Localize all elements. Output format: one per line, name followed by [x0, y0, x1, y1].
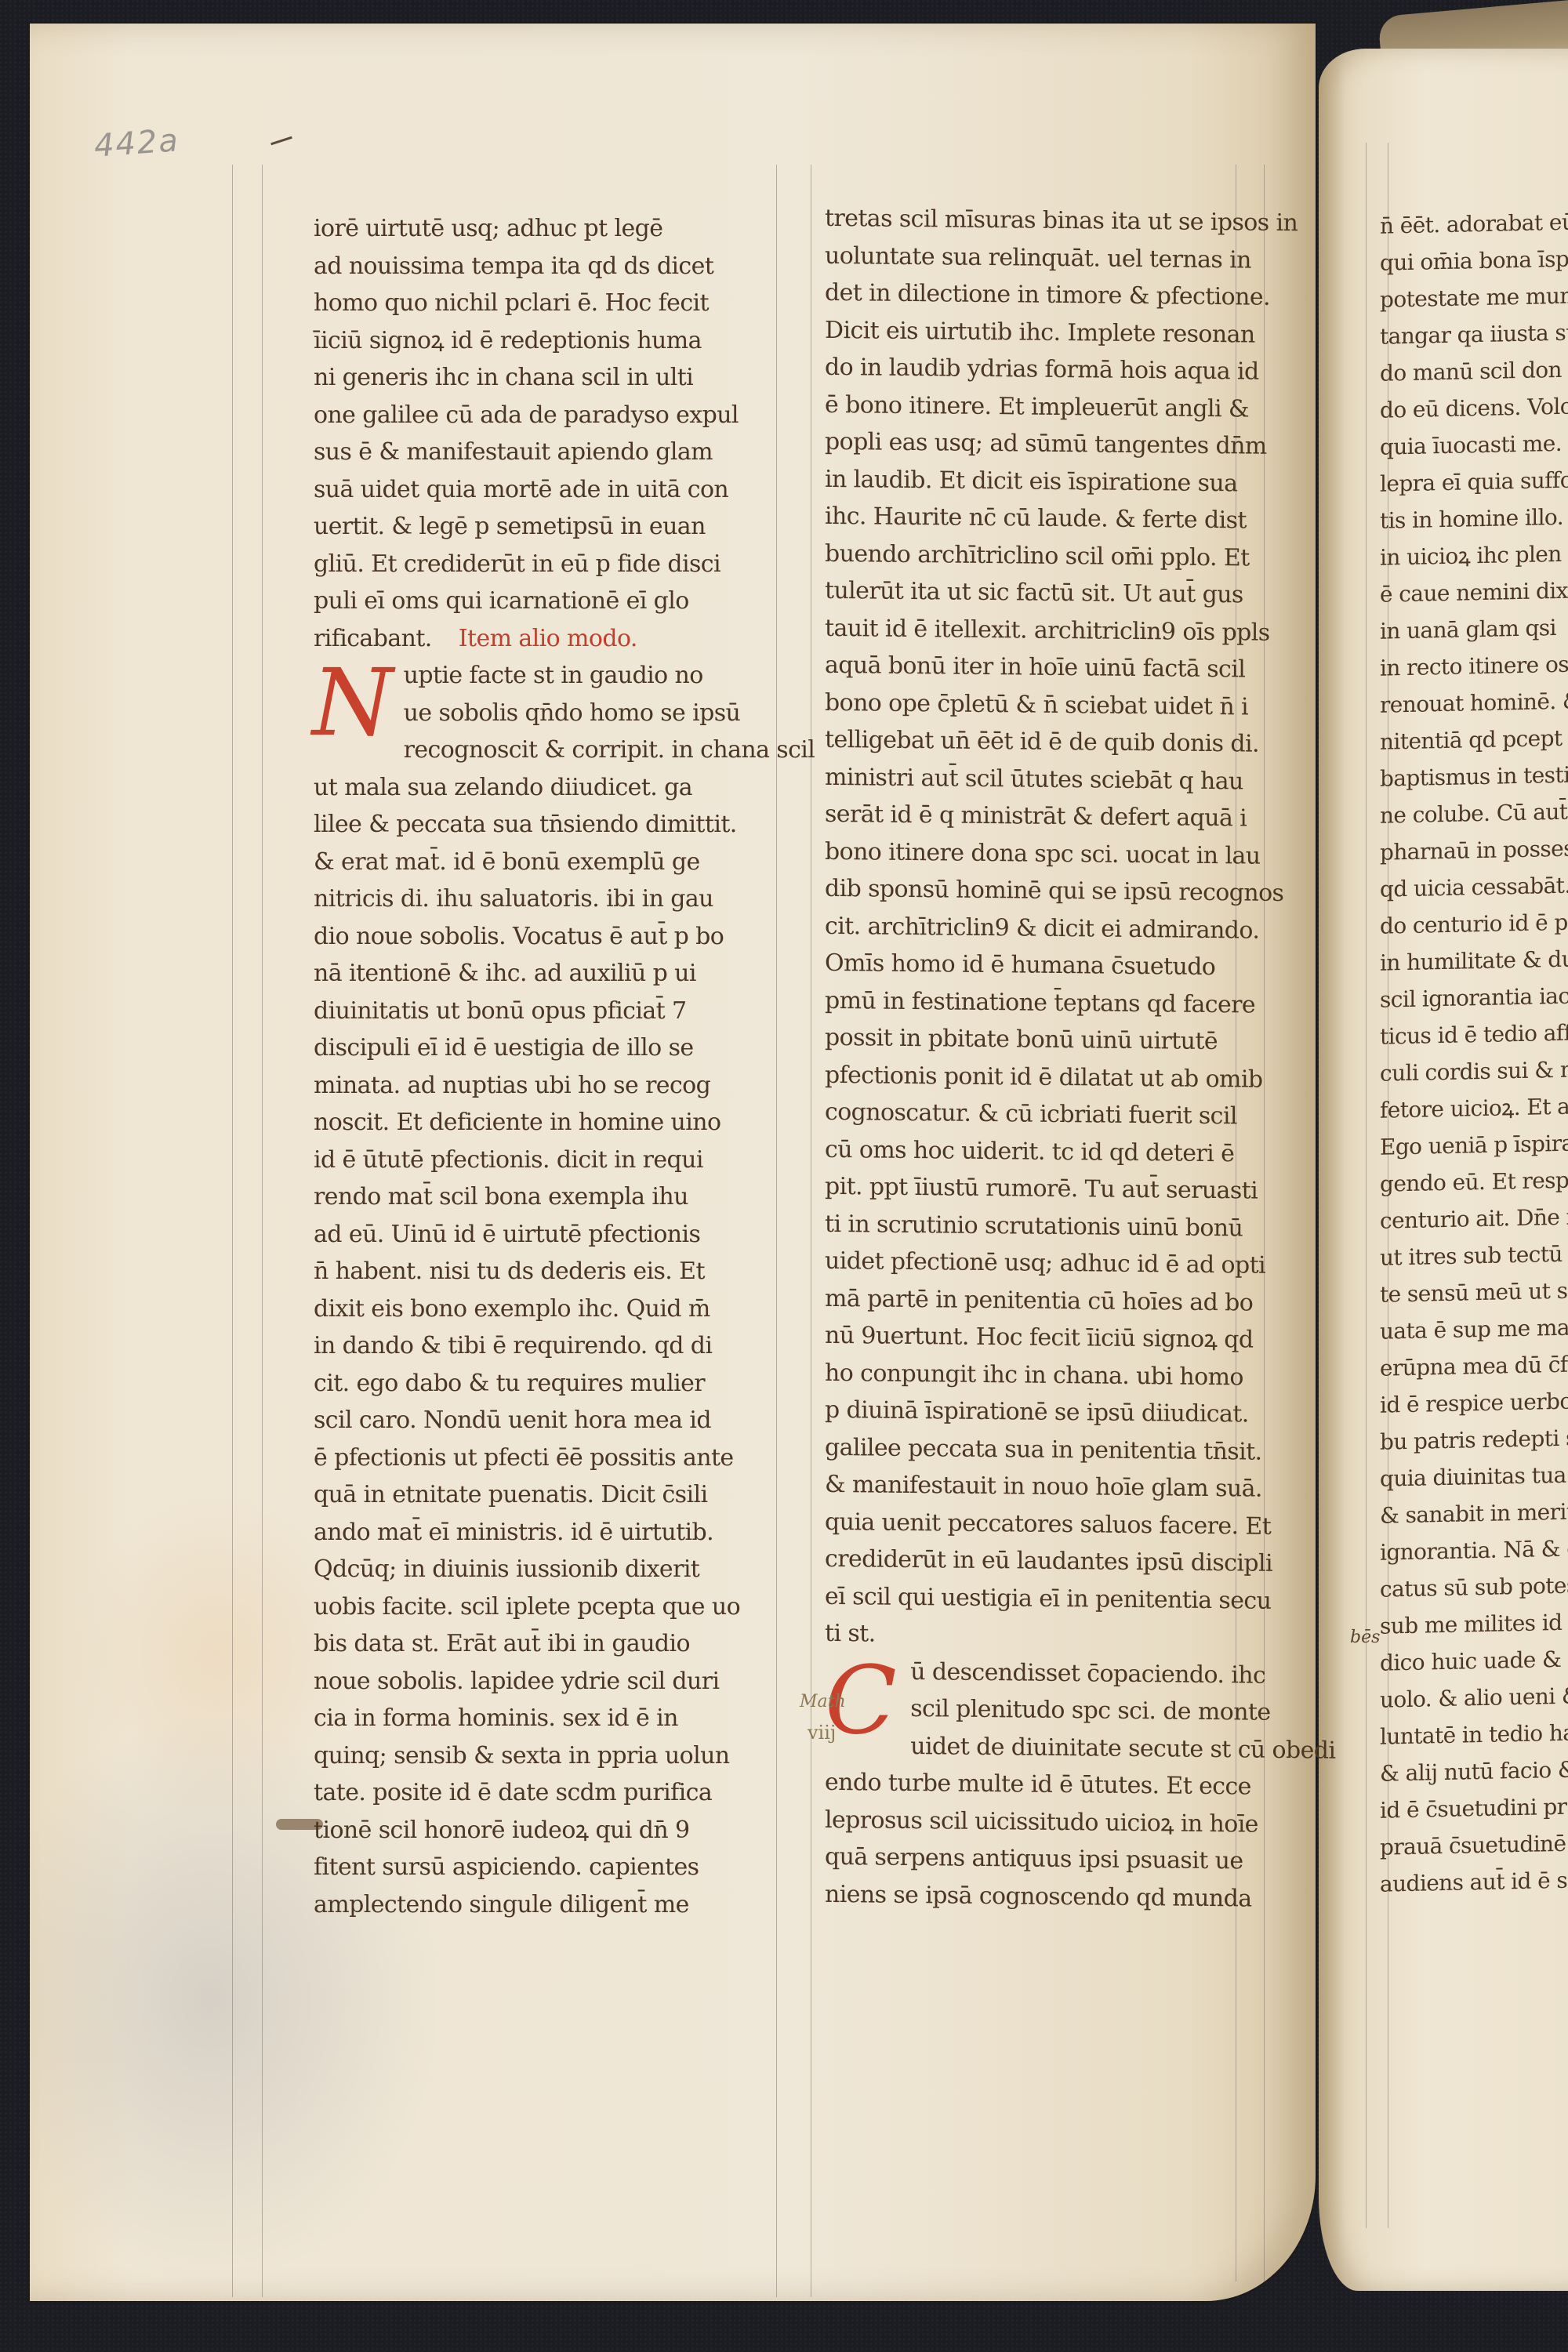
text-line: quā serpens antiquus ipsi psuasit ue [825, 1838, 1295, 1881]
text-line: potestate me mun [1380, 277, 1568, 318]
text-line: ni generis ihc in chana scil in ulti [314, 359, 800, 397]
text-line: in humilitate & du [1380, 940, 1568, 981]
text-line: pmū in festinatione t̄eptans qd facere [825, 982, 1295, 1024]
text-line: telligebat un̄ ēēt id ē de quib donis di… [825, 721, 1295, 764]
text-line: fitent sursū aspiciendo. capientes [314, 1849, 800, 1886]
text-line: uertit. & legē p semetipsū in euan [314, 508, 800, 546]
text-line: luntatē in tedio hab [1380, 1714, 1568, 1755]
text-line: culi cordis sui & ma [1380, 1051, 1568, 1091]
text-line: erūpna mea dū c̄fic [1380, 1345, 1568, 1386]
text-line: id ē c̄suetudini prau [1380, 1788, 1568, 1828]
text-line: cit. ego dabo & tu requires mulier [314, 1365, 800, 1403]
text-line: n̄ habent. nisi tu ds dederis eis. Et [314, 1253, 800, 1290]
text-line: in uanā glam qsi [1380, 608, 1568, 649]
marginal-numeral: viij [808, 1722, 836, 1744]
text-line: uoluntate sua relinquāt. uel ternas in [825, 237, 1295, 279]
text-line: in laudib. Et dicit eis īspiratione sua [825, 460, 1295, 503]
text-line: Qdcūq; in diuinis iussionib dixerit [314, 1551, 800, 1588]
facing-page-column: n̄ ēēt. adorabat eū qui om̄ia bona īsp p… [1380, 203, 1568, 1902]
text-line: qd uicia cessabāt. & [1380, 866, 1568, 907]
text-line: one galilee cū ada de paradyso expul [314, 397, 800, 434]
text-line: quinq; sensib & sexta in ppria uolun [314, 1737, 800, 1775]
text-line: pharnaū in possess [1380, 829, 1568, 870]
text-line: discipuli eī id ē uestigia de illo se [314, 1029, 800, 1067]
text-line: baptismus in testim [1380, 756, 1568, 797]
text-line: ut itres sub tectū m [1380, 1235, 1568, 1276]
text-line: tis in homine illo. C [1380, 498, 1568, 539]
text-line: cognoscatur. & cū icbriati fuerit scil [825, 1094, 1295, 1136]
text-line: cit. archītriclin9 & dicit ei admirando. [825, 907, 1295, 949]
text-line: bono itinere dona spc sci. uocat in lau [825, 833, 1295, 875]
text-line: nā itentionē & ihc. ad auxiliū p ui [314, 955, 800, 993]
initial-paragraph: C ū descendisset c̄opaciendo. ihc scil p… [825, 1652, 1295, 1731]
decorated-initial-n: N [312, 663, 393, 742]
text-line: ando mat̄ eī ministris. id ē uirtutib. [314, 1514, 800, 1552]
text-column-right: tretas scil mīsuras binas ita ut se ipso… [825, 200, 1295, 1918]
text-line: lepra eī quia suffoc [1380, 461, 1568, 502]
text-line: galilee peccata sua in penitentia tn̄sit… [825, 1428, 1295, 1471]
text-line: minata. ad nuptias ubi ho se recog [314, 1067, 800, 1105]
text-line: ad nouissima tempa ita qd ds dicet [314, 248, 800, 285]
text-line: tretas scil mīsuras binas ita ut se ipso… [825, 200, 1295, 242]
text-line: homo quo nichil pclari ē. Hoc fecit [314, 285, 800, 322]
ruling-line [1366, 143, 1367, 2228]
text-line: do eū dicens. Volo [1380, 387, 1568, 428]
text-column-left: iorē uirtutē usq; adhuc pt legē ad nouis… [314, 210, 800, 1923]
text-line: popli eas usq; ad sūmū tangentes dn̄m [825, 423, 1295, 466]
text-line: leprosus scil uicissitudo uicioꝝ in hoīe [825, 1801, 1295, 1843]
rubric-heading: Item alio modo. [459, 625, 637, 652]
text-line: pit. ppt īiustū rumorē. Tu aut̄ seruasti [825, 1168, 1295, 1210]
text-line: tangar qa iiusta sū. [1380, 314, 1568, 354]
text-line: gendo eū. Et respo [1380, 1161, 1568, 1202]
text-line: ē caue nemini dix [1380, 572, 1568, 612]
text-line: scil caro. Nondū uenit hora mea id [314, 1402, 800, 1439]
text-line-with-rubric: rificabant.Item alio modo. [314, 620, 800, 658]
text-line: puli eī oms qui icarnationē eī glo [314, 583, 800, 620]
text-line: fetore uicioꝝ. Et a [1380, 1087, 1568, 1128]
text-line: tulerūt ita ut sic factū sit. Ut aut̄ gu… [825, 572, 1295, 615]
text-line: rendo mat̄ scil bona exempla ihu [314, 1178, 800, 1216]
text-line: p diuinā īspirationē se ipsū diiudicat. [825, 1392, 1295, 1434]
text-line: in recto itinere ost [1380, 645, 1568, 686]
text-line: do centurio id ē pe [1380, 903, 1568, 944]
text-line: niens se ipsā cognoscendo qd munda [825, 1875, 1295, 1918]
ruling-line [262, 165, 263, 2297]
text-line: ho conpungit ihc in chana. ubi homo [825, 1354, 1295, 1396]
ruling-line [811, 165, 811, 2297]
text-line: uidet pfectionē usq; adhuc id ē ad opti [825, 1243, 1295, 1285]
text-line: catus sū sub potestat [1380, 1566, 1568, 1607]
text-line: quia uenit peccatores saluos facere. Et [825, 1503, 1295, 1545]
text-line: uolo. & alio ueni & u [1380, 1677, 1568, 1718]
text-line: ē pfectionis ut pfecti ēē possitis ante [314, 1439, 800, 1477]
text-line: audiens aut̄ id ē scie [1380, 1861, 1568, 1902]
text-line: dib sponsū hominē qui se ipsū recognos [825, 870, 1295, 913]
text-line: quā in etnitate puenatis. Dicit c̄sili [314, 1476, 800, 1514]
text-line: ad eū. Uinū id ē uirtutē pfectionis [314, 1216, 800, 1254]
text-line: sub me milites id ē [1380, 1603, 1568, 1644]
text-line: bis data st. Erāt aut̄ ibi in gaudio [314, 1625, 800, 1663]
text-line: do in laudib ydrias formā hois aqua id [825, 349, 1295, 391]
text-fragment: rificabant. [314, 625, 432, 652]
text-line: mā partē in penitentia cū hoīes ad bo [825, 1279, 1295, 1322]
text-line: noue sobolis. lapidee ydrie scil duri [314, 1663, 800, 1700]
text-line: pfectionis ponit id ē dilatat ut ab omib [825, 1056, 1295, 1098]
text-line: & sanabit in merit [1380, 1493, 1568, 1534]
text-line: uobis facite. scil iplete pcepta que uo [314, 1588, 800, 1626]
text-line: ti in scrutinio scrutationis uinū bonū [825, 1205, 1295, 1247]
text-line: prauā c̄suetudinē tr [1380, 1824, 1568, 1865]
text-line: & manifestauit in nouo hoīe glam suā. [825, 1466, 1295, 1508]
text-line: iorē uirtutē usq; adhuc pt legē [314, 210, 800, 248]
marginal-note: Math [800, 1692, 846, 1711]
text-line: ministri aut̄ scil ūtutes sciebāt q hau [825, 758, 1295, 800]
text-line: tauit id ē itellexit. architriclin9 oīs … [825, 609, 1295, 652]
text-line: do manū scil don [1380, 350, 1568, 391]
text-line: centurio ait. Dn̄e n̄ [1380, 1198, 1568, 1239]
text-line: quia diuinitas tua [1380, 1456, 1568, 1497]
text-line: dico huic uade & ua [1380, 1640, 1568, 1681]
text-line: diuinitatis ut bonū opus pficiat̄ 7 [314, 993, 800, 1030]
text-line: id ē ūtutē pfectionis. dicit in requi [314, 1142, 800, 1179]
text-line: n̄ ēēt. adorabat eū [1380, 203, 1568, 244]
text-line: ticus id ē tedio affe [1380, 1014, 1568, 1054]
text-line: bono ope c̄pletū & n̄ sciebat uidet n̄ i [825, 684, 1295, 726]
text-line: amplectendo singule diligent̄ me [314, 1886, 800, 1924]
text-line: ne colube. Cū aut̄ i [1380, 793, 1568, 833]
text-line: tionē scil honorē iudeoꝝ qui dn̄ 9 [314, 1812, 800, 1849]
text-line: Omīs homo id ē humana c̄suetudo [825, 945, 1295, 987]
text-line: ihc. Haurite nc̄ cū laude. & ferte dist [825, 498, 1295, 540]
facing-marginal-note: bēs [1350, 1628, 1380, 1647]
text-line: renouat hominē. & [1380, 682, 1568, 723]
text-line: ē bono itinere. Et impleuerūt angli & [825, 386, 1295, 428]
text-line: possit in pbitate bonū uinū uirtutē [825, 1019, 1295, 1062]
text-line: īiciū signoꝝ id ē redeptionis huma [314, 322, 800, 360]
text-line: qui om̄ia bona īsp [1380, 240, 1568, 281]
text-line: in uicioꝝ ihc plen [1380, 535, 1568, 575]
text-line: & alij nutū facio & [1380, 1751, 1568, 1791]
text-line: ut mala sua zelando diiudicet. ga [314, 769, 800, 807]
text-line: nū 9uertunt. Hoc fecit īiciū signoꝝ qd [825, 1317, 1295, 1359]
text-line: dio noue sobolis. Vocatus ē aut̄ p bo [314, 918, 800, 956]
text-line: cia in forma hominis. sex id ē in [314, 1700, 800, 1737]
text-line: dixit eis bono exemplo ihc. Quid m̄ [314, 1290, 800, 1328]
folio-number: 442a [93, 122, 181, 164]
text-line: nitricis di. ihu saluatoris. ibi in gau [314, 880, 800, 918]
text-line: Dicit eis uirtutib ihc. Implete resonan [825, 311, 1295, 354]
initial-paragraph: N uptie facte st in gaudio no ue sobolis… [314, 657, 800, 731]
text-line: buendo archītriclino scil om̄i pplo. Et [825, 535, 1295, 577]
text-line: aquā bonū iter in hoīe uinū factā scil [825, 647, 1295, 689]
text-line: gliū. Et crediderūt in eū p fide disci [314, 546, 800, 583]
text-line: te sensū meū ut scp [1380, 1272, 1568, 1312]
text-line: cū oms hoc uiderit. tc id qd deteri ē [825, 1131, 1295, 1173]
text-line: crediderūt in eū laudantes ipsū discipli [825, 1541, 1295, 1583]
text-line: noscit. Et deficiente in homine uino [314, 1104, 800, 1142]
text-line: uata ē sup me man [1380, 1308, 1568, 1349]
text-line: nitentiā qd pcept [1380, 719, 1568, 760]
text-line: scil ignorantia iac [1380, 977, 1568, 1018]
text-line: & erat mat̄. id ē bonū exemplū ge [314, 844, 800, 881]
text-line: bu patris redepti st [1380, 1419, 1568, 1460]
text-line: endo turbe multe id ē ūtutes. Et ecce [825, 1764, 1295, 1806]
text-line: quia īuocasti me. C [1380, 424, 1568, 465]
text-line: suā uidet quia mortē ade in uitā con [314, 471, 800, 509]
text-line: lilee & peccata sua tn̄siendo dimittit. [314, 806, 800, 844]
text-line: tate. posite id ē date scdm purifica [314, 1774, 800, 1812]
ruling-line [232, 165, 233, 2297]
text-line: serāt id ē q ministrāt & defert aquā i [825, 796, 1295, 838]
text-line: det in dilectione in timore & pfectione. [825, 274, 1295, 317]
text-line: Ego ueniā p īspirat [1380, 1124, 1568, 1165]
text-line: ignorantia. Nā & eg [1380, 1530, 1568, 1570]
text-line: in dando & tibi ē requirendo. qd di [314, 1327, 800, 1365]
text-line: eī scil qui uestigia eī in penitentia se… [825, 1577, 1295, 1620]
text-line: sus ē & manifestauit apiendo glam [314, 434, 800, 471]
text-line: id ē respice uerbo ad [1380, 1382, 1568, 1423]
